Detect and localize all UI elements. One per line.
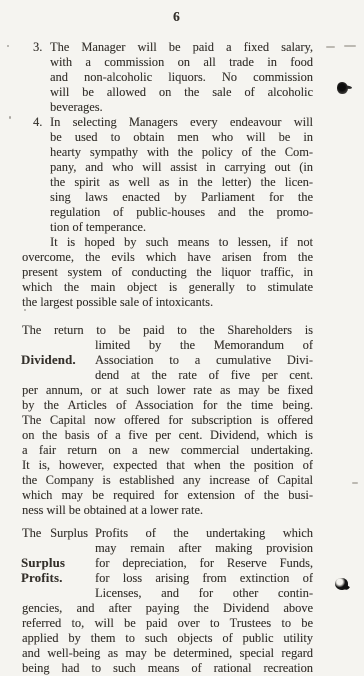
wrapped-column: Profits of the undertaking which may rem… [95, 526, 313, 601]
text-line: beverages. [50, 100, 313, 115]
scan-smudge [326, 46, 335, 48]
text-line: Licenses, and for other contin- [95, 586, 313, 601]
margin-label-surplus: Surplus [21, 556, 65, 571]
surplus-profits-section: The Surplus Surplus Profits. Profits of … [22, 526, 313, 676]
text-line: The Capital now offered for subscription… [22, 413, 313, 428]
text-line: and non-alcoholic liquors. No commission [50, 70, 313, 85]
page-number: 6 [173, 9, 313, 24]
text-line: for depreciation, for Reserve Funds, [95, 556, 313, 571]
text-line: It is hoped by such means to lessen, if … [22, 235, 313, 250]
text-line: hearty sympathy with the policy of the C… [50, 145, 313, 160]
text-line: gencies, and after paying the Dividend a… [22, 601, 313, 616]
text-line: overcome, the evils which have arisen fr… [22, 250, 313, 265]
wrapped-column: limited by the Memorandum of Association… [95, 338, 313, 383]
list-item-4-number: 4. [33, 115, 42, 130]
text-line: by the Articles of Association for the t… [22, 398, 313, 413]
text-line: sing laws enacted by Parliament for the [50, 190, 313, 205]
text-line: on the basis of a five per cent. Dividen… [22, 428, 313, 443]
text-line: The Manager will be paid a fixed salary, [50, 40, 313, 55]
text-line: pany, and who will assist in carrying ou… [50, 160, 313, 175]
text-line: a fair return on a new commercial undert… [22, 443, 313, 458]
text-line: will be allowed on the sale of alcoholic [50, 85, 313, 100]
text-line: the spirit as well as in the letter) the… [50, 175, 313, 190]
text-line: being had to such means of rational recr… [22, 661, 313, 676]
text-line: Profits of the undertaking which [95, 526, 313, 541]
text-line: the largest possible sale of intoxicants… [22, 295, 313, 310]
text-block: 6 3. The Manager will be paid a fixed sa… [22, 9, 313, 676]
text-line: ness will be obtained at a lower rate. [22, 503, 313, 518]
ink-blot-icon [337, 82, 348, 94]
text-line: which the main object is generally to st… [22, 280, 313, 295]
text-line: In selecting Managers every endeavour wi… [50, 115, 313, 130]
text-line: and well-being as may be determined, spe… [22, 646, 313, 661]
text-line: with a commission on all trade in food [50, 55, 313, 70]
text-line: for loss arising from extinction of [95, 571, 313, 586]
ink-blot-icon [335, 578, 348, 590]
text-line: present system of conducting the liquor … [22, 265, 313, 280]
text-line: dend at the rate of five per cent. [95, 368, 313, 383]
text-line: regulation of public-houses and the prom… [50, 205, 313, 220]
text-line: be used to obtain men who will be in [50, 130, 313, 145]
text-line: referred to, will be paid over to Truste… [22, 616, 313, 631]
text-line: The return to be paid to the Shareholder… [22, 323, 313, 338]
hopes-paragraph: It is hoped by such means to lessen, if … [22, 235, 313, 310]
list-item-3-number: 3. [33, 40, 42, 55]
text-line: per annum, or at such lower rate as may … [22, 383, 313, 398]
scan-smudge [344, 45, 356, 47]
text-line: applied by them to such objects of publi… [22, 631, 313, 646]
margin-label-profits: Profits. [21, 571, 63, 586]
text-line: which may be required for extension of t… [22, 488, 313, 503]
surplus-lead-words: The Surplus [22, 526, 88, 541]
scan-smudge [352, 482, 358, 484]
scanned-document-page: 6 3. The Manager will be paid a fixed sa… [0, 0, 364, 676]
scan-speck [7, 45, 9, 47]
text-line: may remain after making provision [95, 541, 313, 556]
text-line: tion of temperance. [50, 220, 313, 235]
scan-speck [9, 116, 11, 119]
text-line: It is, however, expected that when the p… [22, 458, 313, 473]
dividend-section: Dividend. The return to be paid to the S… [22, 323, 313, 518]
list-item-4: 4. In selecting Managers every endeavour… [22, 115, 313, 235]
text-line: the Company is established any increase … [22, 473, 313, 488]
scan-speck [24, 309, 26, 311]
text-line: limited by the Memorandum of [95, 338, 313, 353]
list-item-3: 3. The Manager will be paid a fixed sala… [22, 40, 313, 115]
margin-label-dividend: Dividend. [21, 353, 76, 368]
text-line: Association to a cumulative Divi- [95, 353, 313, 368]
